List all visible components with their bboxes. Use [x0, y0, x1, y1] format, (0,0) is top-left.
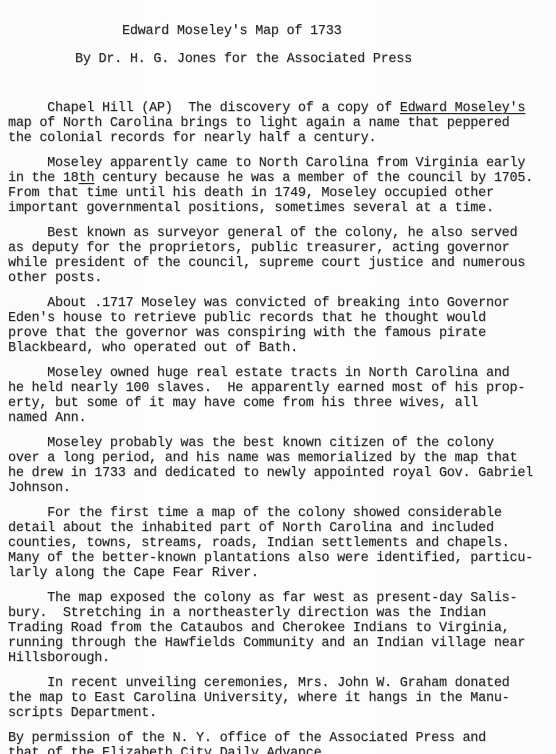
text-segment: other posts. — [8, 271, 102, 286]
byline: By Dr. H. G. Jones for the Associated Pr… — [75, 52, 556, 67]
text-segment: running through the Hawfields Community … — [8, 636, 525, 651]
text-line: Chapel Hill (AP) The discovery of a copy… — [8, 101, 556, 116]
paragraph-5: Moseley owned huge real estate tracts in… — [8, 366, 556, 426]
text-segment: the map to East Carolina University, whe… — [8, 691, 509, 706]
text-line: Blackbeard, who operated out of Bath. — [8, 341, 556, 356]
text-line: while president of the council, supreme … — [8, 256, 556, 271]
text-segment: important governmental positions, someti… — [8, 201, 494, 216]
paragraph-4: About .1717 Moseley was convicted of bre… — [8, 296, 556, 356]
text-segment: he held nearly 100 slaves. He apparently… — [8, 381, 525, 396]
text-segment: Best known as surveyor general of the co… — [8, 226, 517, 241]
text-line: Moseley owned huge real estate tracts in… — [8, 366, 556, 381]
paragraph-10: By permission of the N. Y. office of the… — [8, 731, 556, 754]
paragraph-6: Moseley probably was the best known citi… — [8, 436, 556, 496]
text-line: in the 18th century because he was a mem… — [8, 171, 556, 186]
text-segment: Trading Road from the Cataubos and Chero… — [8, 621, 509, 636]
text-segment: Many of the better-known plantations als… — [8, 551, 533, 566]
paragraph-8: The map exposed the colony as far west a… — [8, 591, 556, 666]
text-segment: over a long period, and his name was mem… — [8, 451, 517, 466]
text-line: Johnson. — [8, 481, 556, 496]
text-segment: the colonial records for nearly half a c… — [8, 131, 376, 146]
text-line: important governmental positions, someti… — [8, 201, 556, 216]
article-body: Chapel Hill (AP) The discovery of a copy… — [8, 101, 556, 754]
text-segment: For the first time a map of the colony s… — [8, 506, 502, 521]
text-line: the map to East Carolina University, whe… — [8, 691, 556, 706]
text-line: running through the Hawfields Community … — [8, 636, 556, 651]
text-segment: erty, but some of it may have come from … — [8, 396, 478, 411]
text-segment: century because he was a member of the c… — [94, 171, 533, 186]
text-segment: while president of the council, supreme … — [8, 256, 525, 271]
text-segment: From that time until his death in 1749, … — [8, 186, 494, 201]
text-segment: Blackbeard, who operated out of Bath. — [8, 341, 298, 356]
text-line: Best known as surveyor general of the co… — [8, 226, 556, 241]
text-line: bury. Stretching in a northeasterly dire… — [8, 606, 556, 621]
text-segment: About .1717 Moseley was convicted of bre… — [8, 296, 509, 311]
text-line: Hillsborough. — [8, 651, 556, 666]
text-segment: as deputy for the proprietors, public tr… — [8, 241, 509, 256]
text-line: By permission of the N. Y. office of the… — [8, 731, 556, 746]
text-line: Moseley apparently came to North Carolin… — [8, 156, 556, 171]
text-line: erty, but some of it may have come from … — [8, 396, 556, 411]
paragraph-3: Best known as surveyor general of the co… — [8, 226, 556, 286]
text-segment: The map exposed the colony as far west a… — [8, 591, 517, 606]
text-segment: named Ann. — [8, 411, 86, 426]
text-segment: that of the Elizabeth City Daily Advance… — [8, 746, 329, 754]
text-line: scripts Department. — [8, 706, 556, 721]
text-segment: detail about the inhabited part of North… — [8, 521, 494, 536]
text-line: counties, towns, streams, roads, Indian … — [8, 536, 556, 551]
text-segment: larly along the Cape Fear River. — [8, 566, 259, 581]
page-title: Edward Moseley's Map of 1733 — [122, 24, 556, 39]
text-line: that of the Elizabeth City Daily Advance… — [8, 746, 556, 754]
text-line: Moseley probably was the best known citi… — [8, 436, 556, 451]
text-segment: bury. Stretching in a northeasterly dire… — [8, 606, 486, 621]
text-line: Trading Road from the Cataubos and Chero… — [8, 621, 556, 636]
text-segment: in the 18 — [8, 171, 79, 186]
text-line: The map exposed the colony as far west a… — [8, 591, 556, 606]
text-segment: Johnson. — [8, 481, 71, 496]
text-segment: he drew in 1733 and dedicated to newly a… — [8, 466, 533, 481]
text-segment: Chapel Hill (AP) The discovery of a copy… — [8, 101, 400, 116]
text-line: other posts. — [8, 271, 556, 286]
text-line: About .1717 Moseley was convicted of bre… — [8, 296, 556, 311]
text-line: named Ann. — [8, 411, 556, 426]
text-segment: counties, towns, streams, roads, Indian … — [8, 536, 509, 551]
text-line: larly along the Cape Fear River. — [8, 566, 556, 581]
text-segment: Eden's house to retrieve public records … — [8, 311, 486, 326]
text-segment: Moseley apparently came to North Carolin… — [8, 156, 525, 171]
text-segment: In recent unveiling ceremonies, Mrs. Joh… — [8, 676, 509, 691]
text-line: map of North Carolina brings to light ag… — [8, 116, 556, 131]
text-segment: Hillsborough. — [8, 651, 110, 666]
text-line: From that time until his death in 1749, … — [8, 186, 556, 201]
underlined-text: Edward Moseley's — [400, 101, 525, 116]
text-segment: map of North Carolina brings to light ag… — [8, 116, 509, 131]
text-line: Eden's house to retrieve public records … — [8, 311, 556, 326]
text-segment: Moseley probably was the best known citi… — [8, 436, 494, 451]
paragraph-7: For the first time a map of the colony s… — [8, 506, 556, 581]
text-line: Many of the better-known plantations als… — [8, 551, 556, 566]
text-line: prove that the governor was conspiring w… — [8, 326, 556, 341]
paragraph-2: Moseley apparently came to North Carolin… — [8, 156, 556, 216]
text-segment: By permission of the N. Y. office of the… — [8, 731, 486, 746]
text-line: the colonial records for nearly half a c… — [8, 131, 556, 146]
text-segment: prove that the governor was conspiring w… — [8, 326, 486, 341]
text-segment: Moseley owned huge real estate tracts in… — [8, 366, 509, 381]
text-line: he held nearly 100 slaves. He apparently… — [8, 381, 556, 396]
text-line: he drew in 1733 and dedicated to newly a… — [8, 466, 556, 481]
underlined-text: th — [79, 171, 95, 186]
document-page: Edward Moseley's Map of 1733 By Dr. H. G… — [0, 0, 556, 754]
text-line: For the first time a map of the colony s… — [8, 506, 556, 521]
text-line: over a long period, and his name was mem… — [8, 451, 556, 466]
text-line: In recent unveiling ceremonies, Mrs. Joh… — [8, 676, 556, 691]
paragraph-1: Chapel Hill (AP) The discovery of a copy… — [8, 101, 556, 146]
text-line: detail about the inhabited part of North… — [8, 521, 556, 536]
text-line: as deputy for the proprietors, public tr… — [8, 241, 556, 256]
paragraph-9: In recent unveiling ceremonies, Mrs. Joh… — [8, 676, 556, 721]
text-segment: scripts Department. — [8, 706, 157, 721]
